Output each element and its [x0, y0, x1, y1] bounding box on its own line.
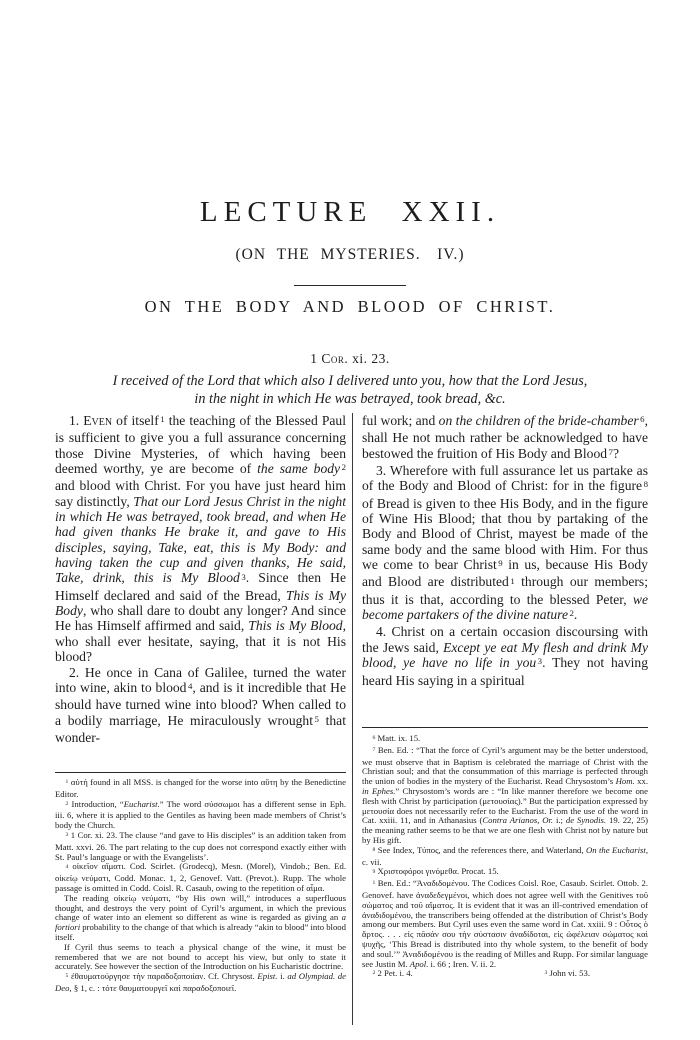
- column-divider: [352, 413, 353, 1025]
- footnote-rule-left: [55, 772, 346, 773]
- section-title: ON THE BODY AND BLOOD OF CHRIST.: [0, 299, 700, 316]
- footnote-7: 7 Ben. Ed. : “That the force of Cyril’s …: [362, 746, 648, 846]
- paragraph-1: 1. Even of itself1 the teaching of the B…: [55, 413, 346, 665]
- footnote-pair-row: 2 2 Pet. i. 4. 3 John vi. 53.: [362, 969, 648, 981]
- footnote-2b: 2 2 Pet. i. 4.: [362, 969, 413, 981]
- title-rule: [294, 285, 406, 286]
- right-column: ful work; and on the children of the bri…: [362, 413, 648, 1025]
- book-page: LECTURE XXII. (ON THE MYSTERIES. IV.) ON…: [0, 0, 700, 1040]
- paragraph-3: 3. Wherefore with full assurance let us …: [362, 463, 648, 624]
- footnote-1: 1 αὐτή found in all MSS. is changed for …: [55, 778, 346, 800]
- footnote-5: 5 ἐθαυματούργησε τὴν παραδοξοποιίαν. Cf.…: [55, 972, 346, 994]
- epigraph: I received of the Lord that which also I…: [0, 372, 700, 408]
- scripture-reference: 1 Cor. xi. 23.: [0, 351, 700, 367]
- right-footnotes: 6 Matt. ix. 15. 7 Ben. Ed. : “That the f…: [362, 734, 648, 1025]
- footnote-2: 2 Introduction, “Eucharist.” The word σύ…: [55, 800, 346, 831]
- footnote-4: 4 οἰκεῖον αἵματι. Cod. Scirlet. (Grodecq…: [55, 862, 346, 893]
- footnote-4-continuation-1: The reading οἰκείῳ νεύματι, “by His own …: [55, 894, 346, 943]
- footnote-3b: 3 John vi. 53.: [543, 969, 590, 981]
- footnote-1b: 1 Ben. Ed.: “Ἀναδιδομένου. The Codices C…: [362, 879, 648, 969]
- lecture-title: LECTURE XXII.: [0, 0, 700, 227]
- footnote-3: 3 1 Cor. xi. 23. The clause “and gave to…: [55, 831, 346, 862]
- right-column-body: ful work; and on the children of the bri…: [362, 413, 648, 719]
- footnote-8: 8 See Index, Τύπος, and the references t…: [362, 846, 648, 868]
- paragraph-2: 2. He once in Cana of Galilee, turned th…: [55, 665, 346, 746]
- left-column: 1. Even of itself1 the teaching of the B…: [55, 413, 346, 1025]
- lecture-subtitle: (ON THE MYSTERIES. IV.): [0, 246, 700, 264]
- left-column-body: 1. Even of itself1 the teaching of the B…: [55, 413, 346, 766]
- left-footnotes: 1 αὐτή found in all MSS. is changed for …: [55, 778, 346, 1025]
- epigraph-line-2: in the night in which He was betrayed, t…: [0, 390, 700, 408]
- footnote-4-continuation-2: If Cyril thus seems to teach a physical …: [55, 943, 346, 972]
- paragraph-4: 4. Christ on a certain occasion discours…: [362, 624, 648, 687]
- two-column-text: 1. Even of itself1 the teaching of the B…: [55, 413, 648, 1025]
- footnote-rule-right: [362, 727, 648, 728]
- paragraph-2-continuation: ful work; and on the children of the bri…: [362, 413, 648, 463]
- epigraph-line-1: I received of the Lord that which also I…: [0, 372, 700, 390]
